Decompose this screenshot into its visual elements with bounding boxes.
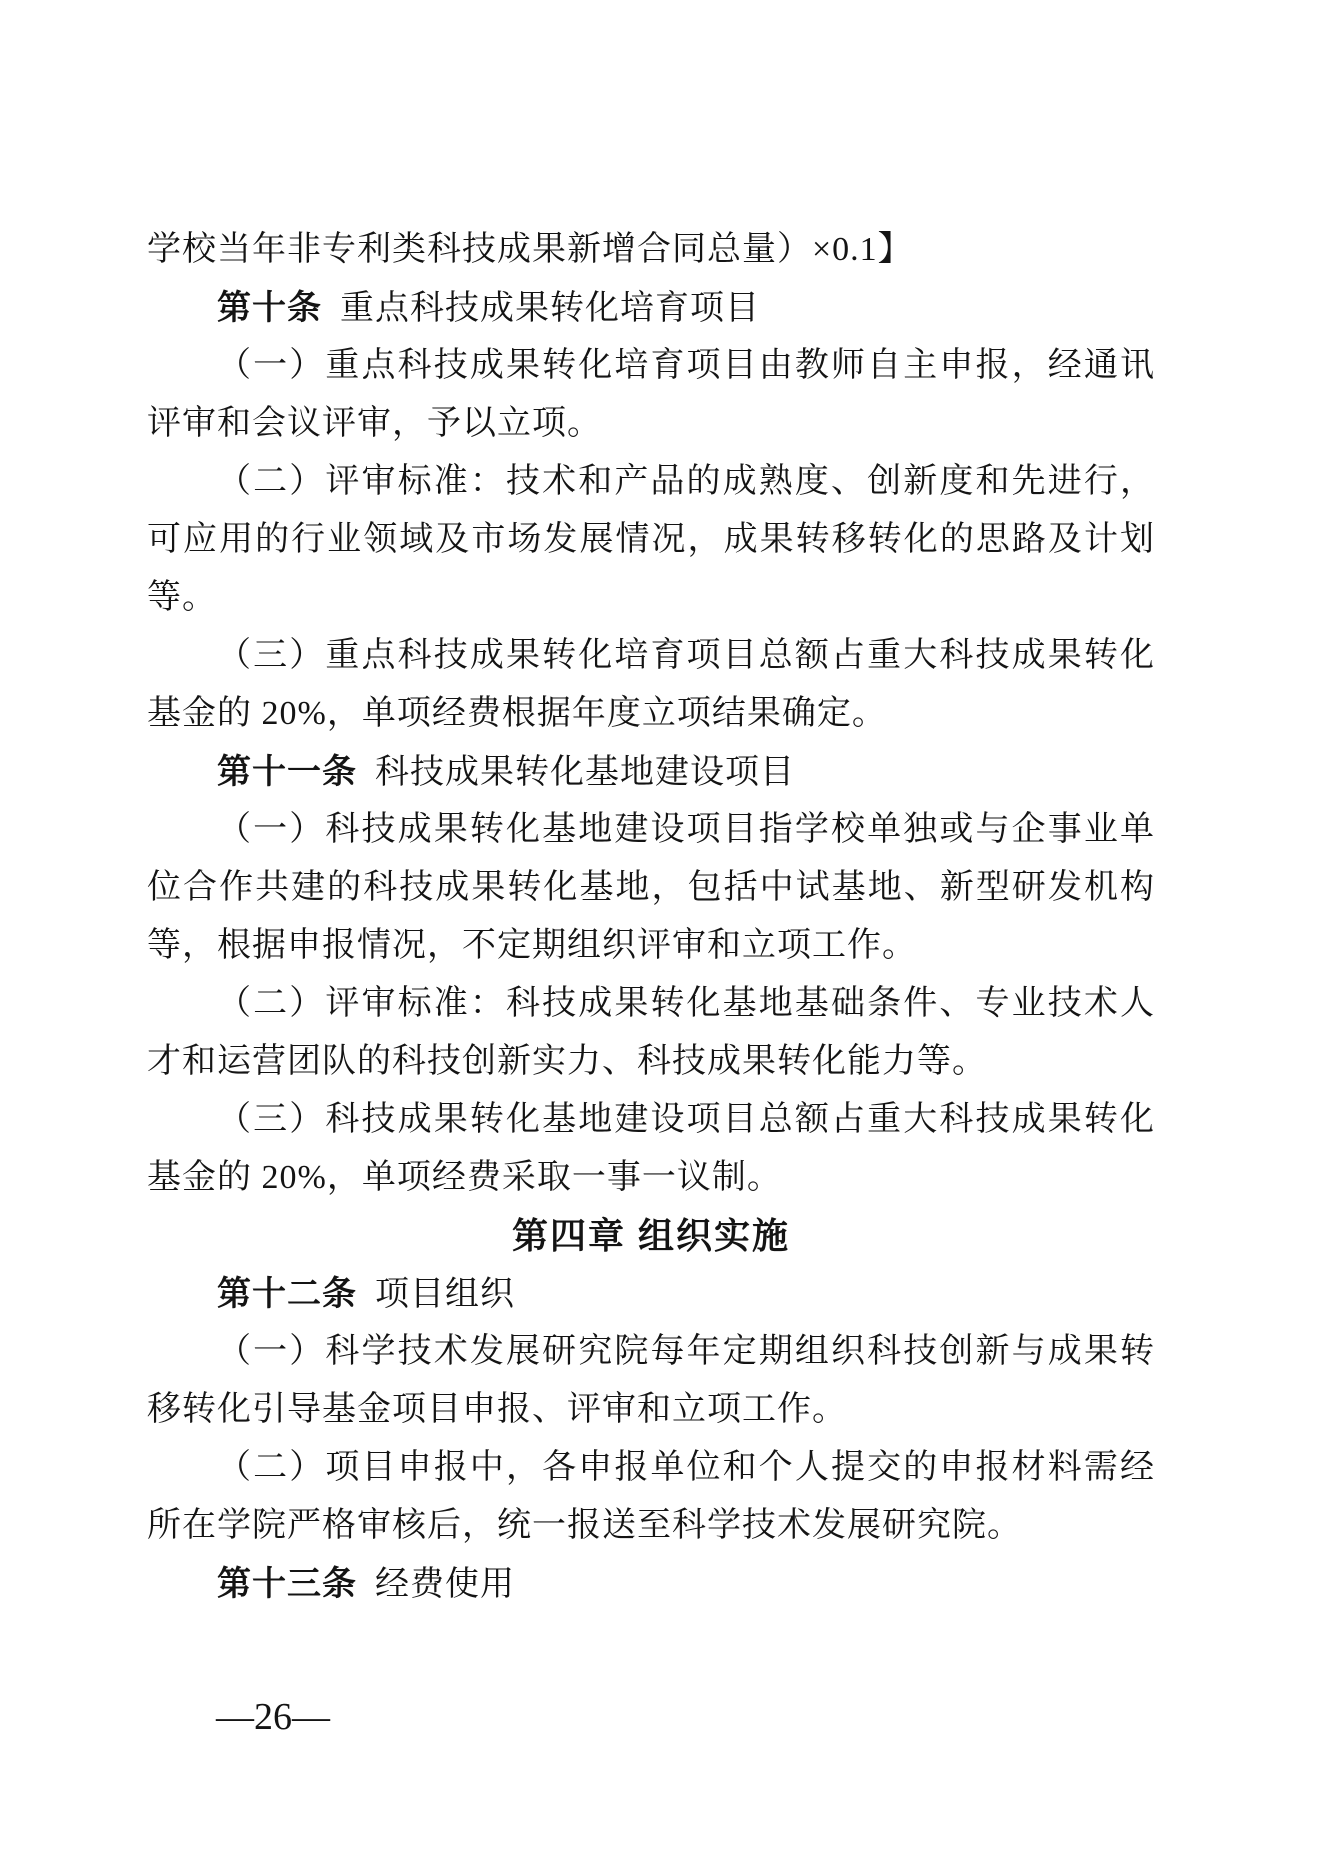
text-line: （二）评审标准：技术和产品的成熟度、创新度和先进行， [147, 453, 1155, 511]
text-line: （一）科技成果转化基地建设项目指学校单独或与企事业单 [147, 801, 1155, 859]
text-line: （三）重点科技成果转化培育项目总额占重大科技成果转化 [147, 627, 1155, 685]
article-number: 第十一条 [217, 753, 357, 791]
article-number: 第十三条 [217, 1565, 357, 1603]
article-number: 第十二条 [217, 1275, 357, 1313]
article-title: 经费使用 [375, 1566, 515, 1603]
text-line: 可应用的行业领域及市场发展情况，成果转移转化的思路及计划 [147, 511, 1155, 569]
text-line: 所在学院严格审核后，统一报送至科学技术发展研究院。 [147, 1497, 1155, 1555]
article-title: 重点科技成果转化培育项目 [340, 290, 760, 327]
text-line: （二）评审标准：科技成果转化基地基础条件、专业技术人 [147, 975, 1155, 1033]
text-line: 基金的 20%，单项经费采取一事一议制。 [147, 1149, 1155, 1207]
text-line: 等，根据申报情况，不定期组织评审和立项工作。 [147, 917, 1155, 975]
text-line: 基金的 20%，单项经费根据年度立项结果确定。 [147, 685, 1155, 743]
article-heading-10: 第十条重点科技成果转化培育项目 [147, 279, 1155, 337]
article-number: 第十条 [217, 289, 322, 327]
text-line: （二）项目申报中，各申报单位和个人提交的申报材料需经 [147, 1439, 1155, 1497]
text-line: （三）科技成果转化基地建设项目总额占重大科技成果转化 [147, 1091, 1155, 1149]
document-body: 学校当年非专利类科技成果新增合同总量）×0.1】 第十条重点科技成果转化培育项目… [147, 221, 1155, 1613]
article-title: 项目组织 [375, 1276, 515, 1313]
text-line: 学校当年非专利类科技成果新增合同总量）×0.1】 [147, 221, 1155, 279]
text-line: （一）重点科技成果转化培育项目由教师自主申报，经通讯 [147, 337, 1155, 395]
article-heading-13: 第十三条经费使用 [147, 1555, 1155, 1613]
text-line: （一）科学技术发展研究院每年定期组织科技创新与成果转 [147, 1323, 1155, 1381]
document-page: 学校当年非专利类科技成果新增合同总量）×0.1】 第十条重点科技成果转化培育项目… [0, 0, 1323, 1871]
text-line: 评审和会议评审，予以立项。 [147, 395, 1155, 453]
article-heading-12: 第十二条项目组织 [147, 1265, 1155, 1323]
text-line: 移转化引导基金项目申报、评审和立项工作。 [147, 1381, 1155, 1439]
text-line: 等。 [147, 569, 1155, 627]
text-line: 位合作共建的科技成果转化基地，包括中试基地、新型研发机构 [147, 859, 1155, 917]
article-title: 科技成果转化基地建设项目 [375, 754, 795, 791]
chapter-heading: 第四章 组织实施 [147, 1207, 1155, 1265]
article-heading-11: 第十一条科技成果转化基地建设项目 [147, 743, 1155, 801]
text-line: 才和运营团队的科技创新实力、科技成果转化能力等。 [147, 1033, 1155, 1091]
page-number: —26— [216, 1688, 330, 1746]
